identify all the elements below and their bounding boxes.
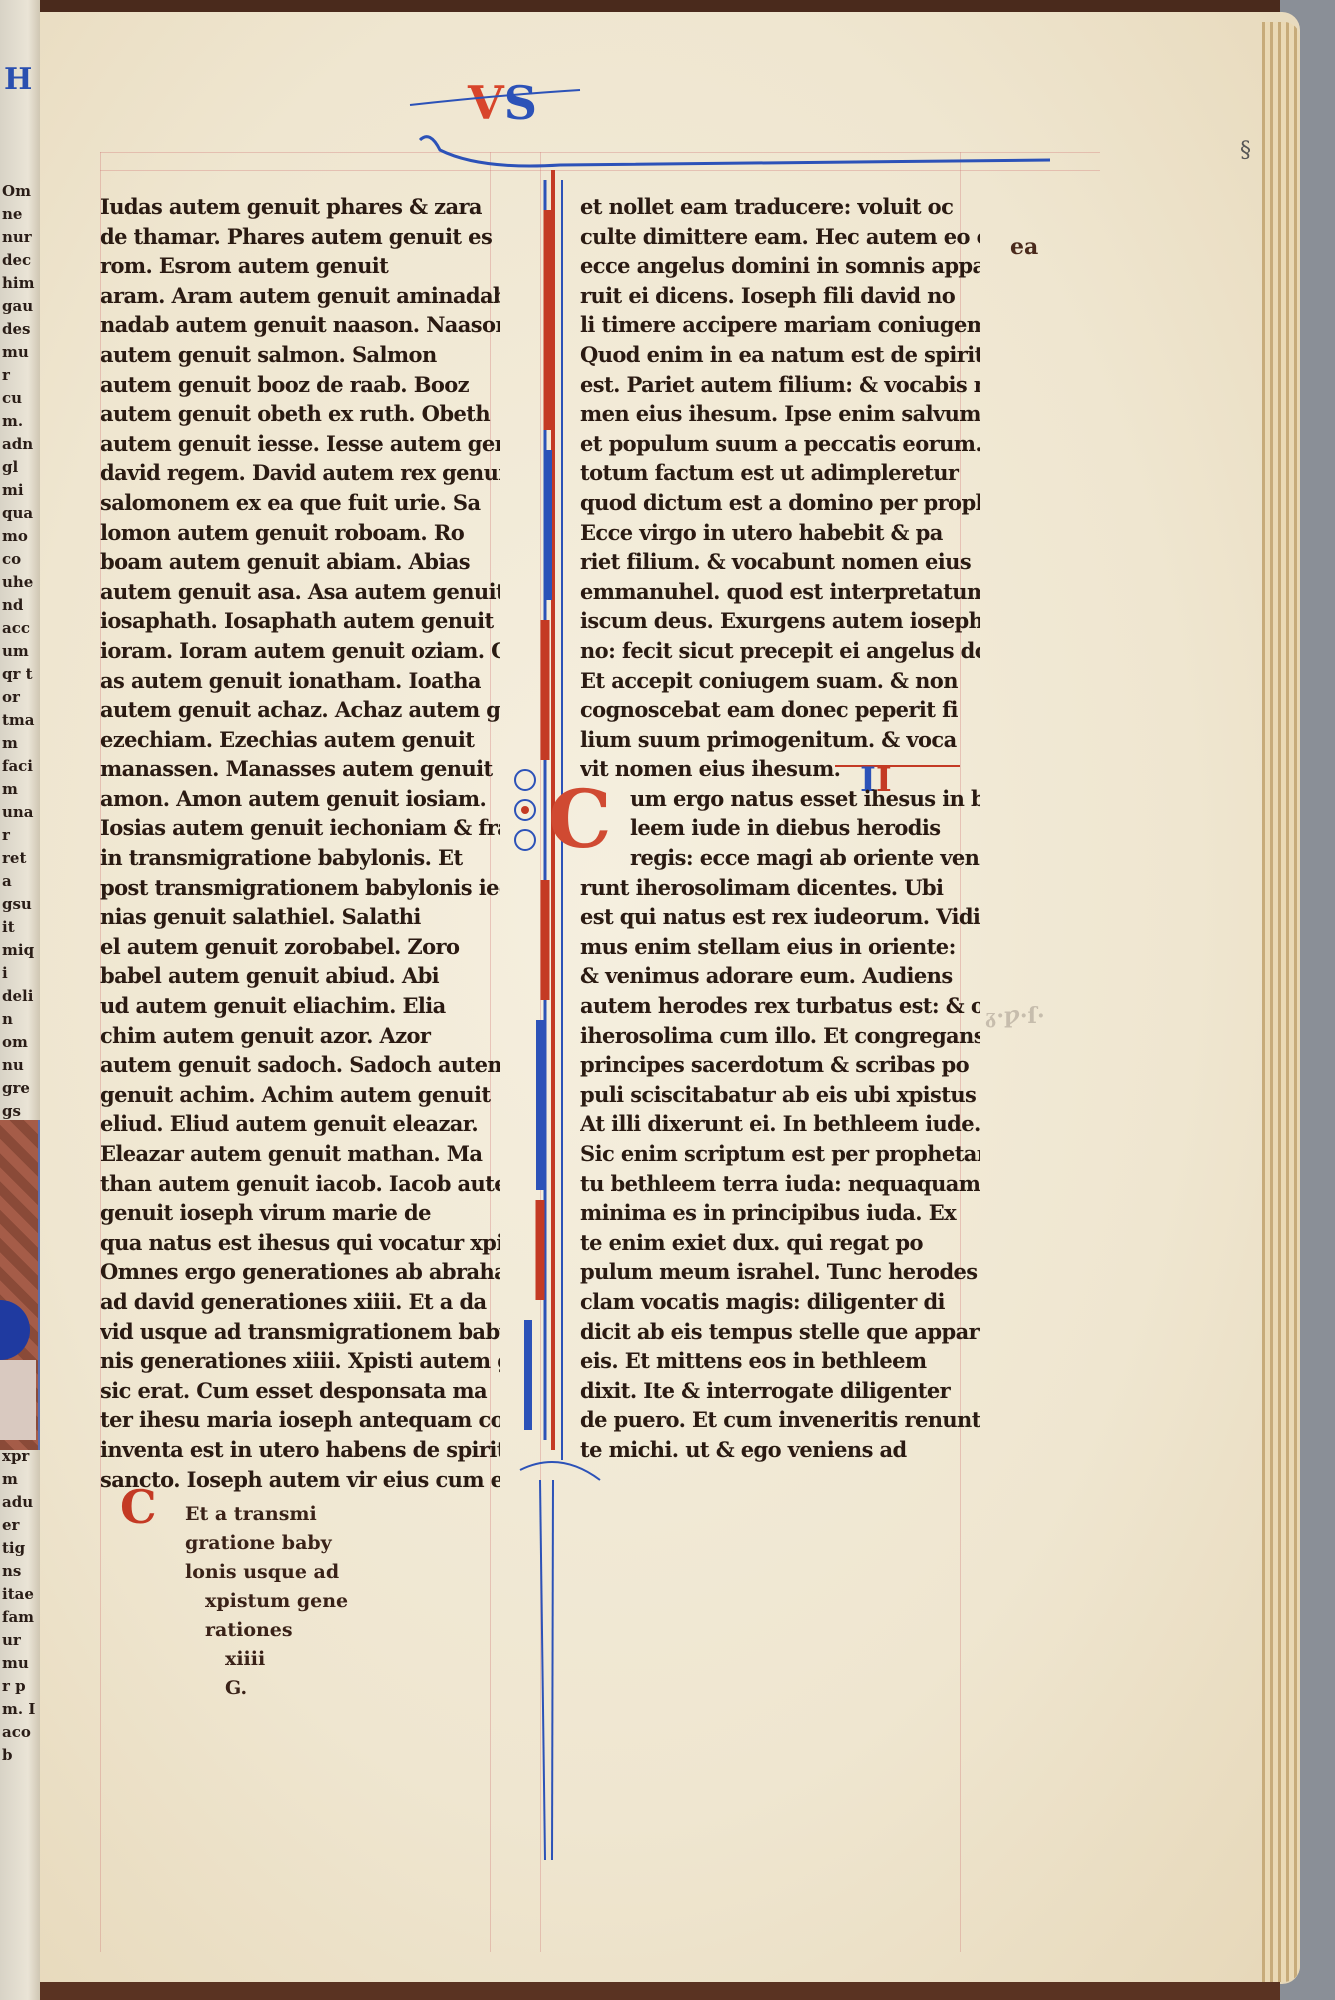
text-line: te enim exiet dux. qui regat po — [580, 1228, 980, 1258]
margin-note-line: Et a transmi — [185, 1500, 348, 1529]
text-line: Eleazar autem genuit mathan. Ma — [100, 1139, 500, 1169]
text-line: li timere accipere mariam coniugem tuam. — [580, 310, 980, 340]
text-line: aram. Aram autem genuit aminadab. Ami — [100, 281, 500, 311]
text-line: vit nomen eius ihesum. — [580, 754, 980, 784]
text-line: clam vocatis magis: diligenter di — [580, 1287, 980, 1317]
text-line: babel autem genuit abiud. Abi — [100, 961, 500, 991]
text-line: genuit ioseph virum marie de — [100, 1198, 500, 1228]
text-line: Iosias autem genuit iechoniam & fratres — [100, 813, 500, 843]
text-line: autem genuit sadoch. Sadoch autem — [100, 1050, 500, 1080]
text-line: as autem genuit ionatham. Ioatha — [100, 666, 500, 696]
text-line: & venimus adorare eum. Audiens — [580, 961, 980, 991]
text-line: genuit achim. Achim autem genuit — [100, 1080, 500, 1110]
text-line: ad david generationes xiiii. Et a da — [100, 1287, 500, 1317]
text-line: autem genuit asa. Asa autem genuit — [100, 577, 500, 607]
text-line: quod dictum est a domino per prophetam d… — [580, 488, 980, 518]
text-line: pulum meum israhel. Tunc herodes — [580, 1257, 980, 1287]
text-line: Ecce virgo in utero habebit & pa — [580, 518, 980, 548]
text-line: totum factum est ut adimpleretur — [580, 458, 980, 488]
text-line: sancto. Ioseph autem vir eius cum esset … — [100, 1465, 500, 1495]
text-line: amon. Amon autem genuit iosiam. — [100, 784, 500, 814]
text-line: nias genuit salathiel. Salathi — [100, 902, 500, 932]
margin-correction: ea — [1010, 234, 1038, 260]
text-line: el autem genuit zorobabel. Zoro — [100, 932, 500, 962]
text-line: than autem genuit iacob. Iacob autem — [100, 1169, 500, 1199]
text-line: nadab autem genuit naason. Naason — [100, 310, 500, 340]
margin-note-line: xiiii — [185, 1645, 348, 1674]
text-line: emmanuhel. quod est interpretatum nob — [580, 577, 980, 607]
text-line: autem genuit salmon. Salmon — [100, 340, 500, 370]
text-line: nis generationes xiiii. Xpisti autem gen… — [100, 1346, 500, 1376]
text-line: te michi. ut & ego veniens ad — [580, 1435, 980, 1465]
text-line: principes sacerdotum & scribas po — [580, 1050, 980, 1080]
text-line: autem genuit achaz. Achaz autem ge — [100, 695, 500, 725]
margin-note: Et a transmigratione babylonis usque adx… — [185, 1500, 348, 1703]
text-line: eis. Et mittens eos in bethleem — [580, 1346, 980, 1376]
text-line: de thamar. Phares autem genuit es — [100, 222, 500, 252]
text-line: autem genuit iesse. Iesse autem genuit — [100, 429, 500, 459]
text-line: Omnes ergo generationes ab abraham usque — [100, 1257, 500, 1287]
margin-note-line: lonis usque ad — [185, 1558, 348, 1587]
binding-bottom — [40, 1982, 1280, 2000]
text-line: eliud. Eliud autem genuit eleazar. — [100, 1109, 500, 1139]
show-through-text: ᵹ·ƿ·ſ· — [985, 1003, 1045, 1029]
text-line: in transmigratione babylonis. Et — [100, 843, 500, 873]
text-line: ecce angelus domini in somnis appa — [580, 251, 980, 281]
text-line: mus enim stellam eius in oriente: — [580, 932, 980, 962]
text-column-left: Iudas autem genuit phares & zarade thama… — [100, 192, 500, 1494]
text-line: et populum suum a peccatis eorum. Hoc au… — [580, 429, 980, 459]
text-line: dicit ab eis tempus stelle que apparuit — [580, 1317, 980, 1347]
margin-note-line: xpistum gene — [185, 1587, 348, 1616]
text-line: dixit. Ite & interrogate diligenter — [580, 1376, 980, 1406]
text-line: sic erat. Cum esset desponsata ma — [100, 1376, 500, 1406]
text-line: autem genuit obeth ex ruth. Obeth — [100, 399, 500, 429]
text-line: post transmigrationem babylonis iecho — [100, 873, 500, 903]
text-line: chim autem genuit azor. Azor — [100, 1021, 500, 1051]
text-line: est qui natus est rex iudeorum. Vidi — [580, 902, 980, 932]
folio-mark: § — [1240, 138, 1251, 163]
text-line: lomon autem genuit roboam. Ro — [100, 518, 500, 548]
text-line: qua natus est ihesus qui vocatur xpistus… — [100, 1228, 500, 1258]
text-line: Iudas autem genuit phares & zara — [100, 192, 500, 222]
text-line: minima es in principibus iuda. Ex — [580, 1198, 980, 1228]
text-line: ud autem genuit eliachim. Elia — [100, 991, 500, 1021]
text-line: iscum deus. Exurgens autem ioseph a som — [580, 606, 980, 636]
text-line: manassen. Manasses autem genuit — [100, 754, 500, 784]
text-line: ioram. Ioram autem genuit oziam. Ozi — [100, 636, 500, 666]
text-line: Et accepit coniugem suam. & non — [580, 666, 980, 696]
text-line: salomonem ex ea que fuit urie. Sa — [100, 488, 500, 518]
text-line: leem iude in diebus herodis — [580, 813, 980, 843]
margin-note-line: rationes — [185, 1616, 348, 1645]
margin-note-initial: C — [120, 1480, 157, 1534]
text-line: Sic enim scriptum est per prophetam. Et — [580, 1139, 980, 1169]
text-line: lium suum primogenitum. & voca — [580, 725, 980, 755]
text-line: Quod enim in ea natum est de spiritu san… — [580, 340, 980, 370]
text-line: vid usque ad transmigrationem babylo — [100, 1317, 500, 1347]
text-line: inventa est in utero habens de spiritu — [100, 1435, 500, 1465]
text-line: riet filium. & vocabunt nomen eius — [580, 547, 980, 577]
text-line: autem genuit booz de raab. Booz — [100, 370, 500, 400]
margin-note-line: G. — [185, 1674, 348, 1703]
text-line: um ergo natus esset ihesus in beth — [580, 784, 980, 814]
text-line: no: fecit sicut precepit ei angelus domi… — [580, 636, 980, 666]
margin-note-line: gratione baby — [185, 1529, 348, 1558]
text-line: runt iherosolimam dicentes. Ubi — [580, 873, 980, 903]
text-line: tu bethleem terra iuda: nequaquam — [580, 1169, 980, 1199]
text-line: de puero. Et cum inveneritis renuntia — [580, 1405, 980, 1435]
text-line: david regem. David autem rex genuit — [100, 458, 500, 488]
text-line: autem herodes rex turbatus est: & omnis — [580, 991, 980, 1021]
text-line: men eius ihesum. Ipse enim salvum faci — [580, 399, 980, 429]
text-column-right: et nollet eam traducere: voluit occulte … — [580, 192, 980, 1465]
text-line: ter ihesu maria ioseph antequam convenir… — [100, 1405, 500, 1435]
text-line: cognoscebat eam donec peperit fi — [580, 695, 980, 725]
text-line: et nollet eam traducere: voluit oc — [580, 192, 980, 222]
text-line: culte dimittere eam. Hec autem eo cogita… — [580, 222, 980, 252]
text-line: puli sciscitabatur ab eis ubi xpistus na… — [580, 1080, 980, 1110]
text-line: rom. Esrom autem genuit — [100, 251, 500, 281]
text-line: iherosolima cum illo. Et congregans omne… — [580, 1021, 980, 1051]
text-line: ezechiam. Ezechias autem genuit — [100, 725, 500, 755]
text-line: est. Pariet autem filium: & vocabis no — [580, 370, 980, 400]
text-line: ruit ei dicens. Ioseph fili david no — [580, 281, 980, 311]
text-line: iosaphath. Iosaphath autem genuit — [100, 606, 500, 636]
text-line: At illi dixerunt ei. In bethleem iude. — [580, 1109, 980, 1139]
text-line: boam autem genuit abiam. Abias — [100, 547, 500, 577]
text-line: regis: ecce magi ab oriente vene — [580, 843, 980, 873]
